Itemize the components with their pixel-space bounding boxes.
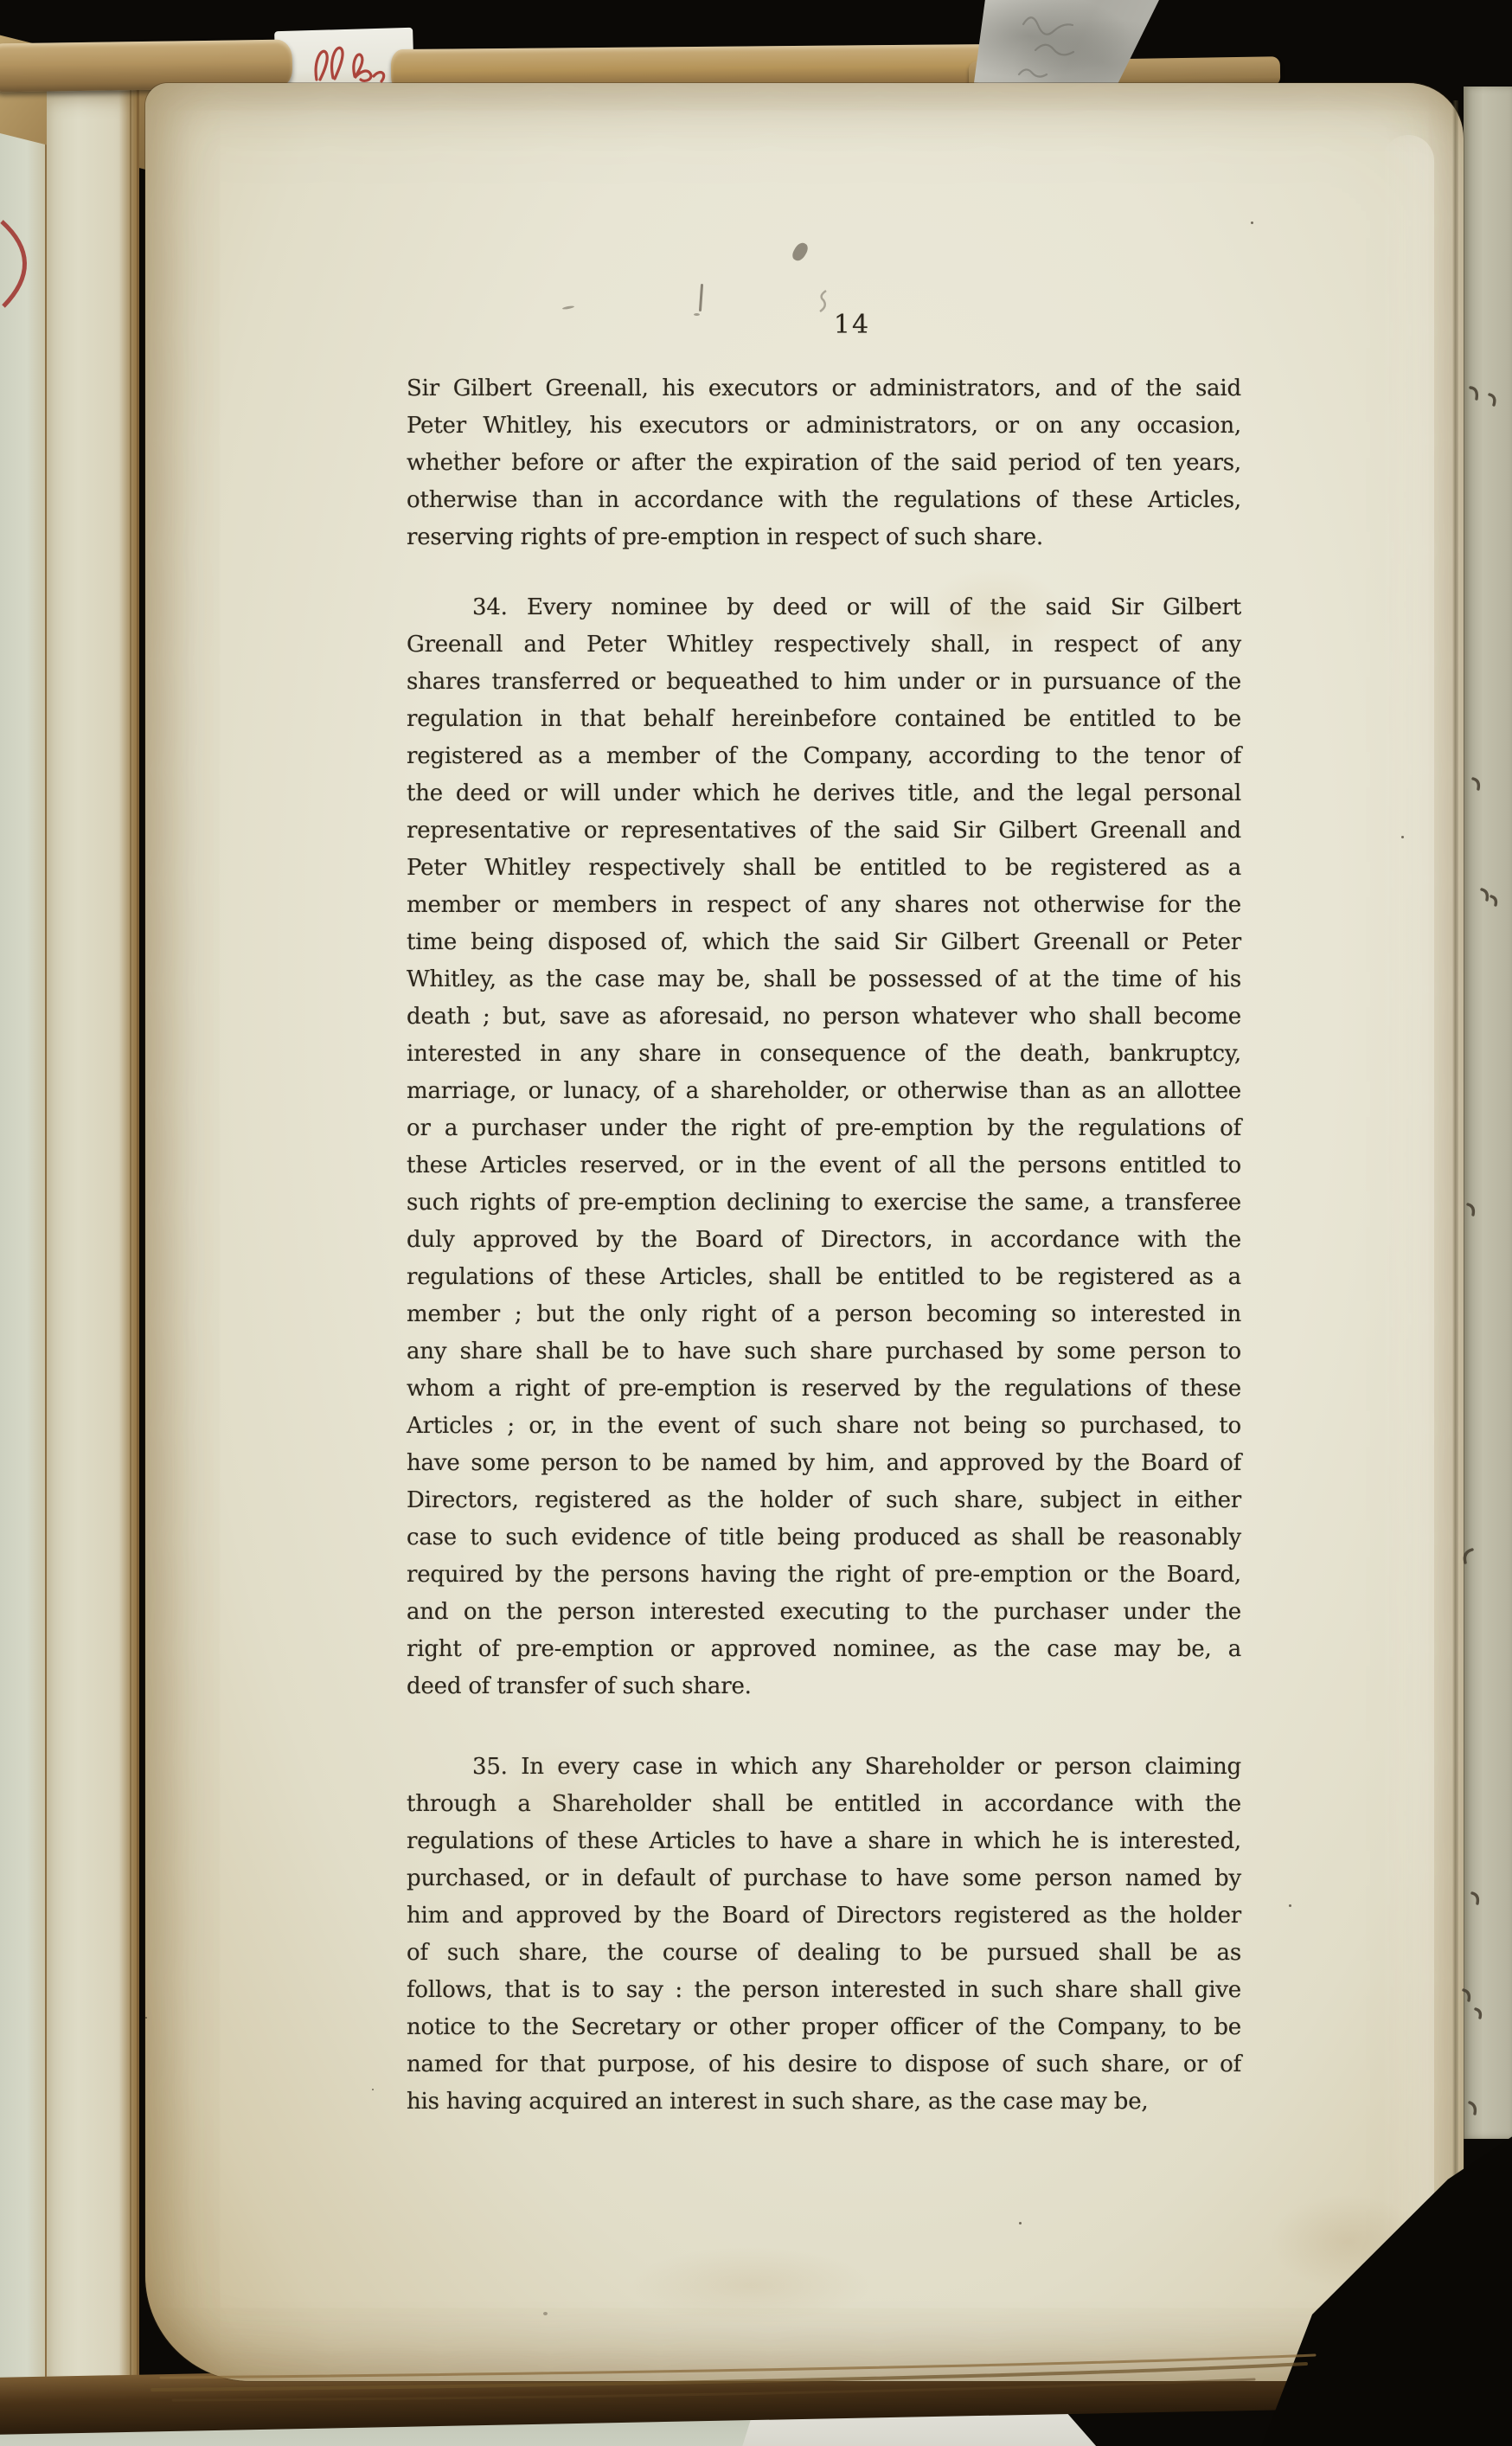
- paper-speck: [543, 2312, 548, 2315]
- page-curl-highlight: [1382, 135, 1434, 2281]
- paper-speck: [1019, 2222, 1022, 2225]
- text-line: Directors, registered as the holder of s…: [407, 1482, 1241, 1519]
- text-line: follows, that is to say : the person int…: [407, 1972, 1241, 2009]
- paper-speck: [372, 2089, 374, 2090]
- text-line: regulations of these Articles to have a …: [407, 1823, 1241, 1860]
- text-line: his having acquired an interest in such …: [407, 2083, 1241, 2121]
- text-line: duly approved by the Board of Directors,…: [407, 1222, 1241, 1259]
- left-under-sheet: [0, 97, 47, 2433]
- text-line: required by the persons having the right…: [407, 1557, 1241, 1594]
- text-line: Peter Whitley respectively shall be enti…: [407, 850, 1241, 887]
- text-line: purchased, or in default of purchase to …: [407, 1860, 1241, 1897]
- text-line: any share shall be to have such share pu…: [407, 1333, 1241, 1371]
- text-line: have some person to be named by him, and…: [407, 1445, 1241, 1482]
- text-line: notice to the Secretary or other proper …: [407, 2009, 1241, 2046]
- text-line: such rights of pre-emption declining to …: [407, 1184, 1241, 1222]
- text-line: representative or representatives of the…: [407, 812, 1241, 850]
- text-line: registered as a member of the Company, a…: [407, 738, 1241, 775]
- scanned-book-photo: { "document": { "page_number": "14", "pa…: [0, 0, 1512, 2446]
- paper-stain: [630, 2246, 872, 2324]
- text-line: him and approved by the Board of Directo…: [407, 1897, 1241, 1935]
- text-line: right of pre-emption or approved nominee…: [407, 1631, 1241, 1668]
- ink-tick: [699, 284, 703, 311]
- text-line: death ; but, save as aforesaid, no perso…: [407, 998, 1241, 1036]
- text-line: Articles ; or, in the event of such shar…: [407, 1408, 1241, 1445]
- text-line: 34. Every nominee by deed or will of the…: [407, 589, 1241, 626]
- text-line: 35. In every case in which any Sharehold…: [407, 1749, 1241, 1786]
- text-line: marriage, or lunacy, of a shareholder, o…: [407, 1073, 1241, 1110]
- text-line: regulations of these Articles, shall be …: [407, 1259, 1241, 1296]
- paper-speck: [1401, 836, 1404, 838]
- text-line: reserving rights of pre-emption in respe…: [407, 519, 1241, 556]
- text-line: these Articles reserved, or in the event…: [407, 1147, 1241, 1184]
- text-line: or a purchaser under the right of pre-em…: [407, 1110, 1241, 1147]
- book-page: 14 Sir Gilbert Greenall, his executors o…: [145, 83, 1464, 2381]
- text-line: and on the person interested executing t…: [407, 1594, 1241, 1631]
- text-line: Peter Whitley, his executors or administ…: [407, 408, 1241, 445]
- text-line: interested in any share in consequence o…: [407, 1036, 1241, 1073]
- text-line: Sir Gilbert Greenall, his executors or a…: [407, 370, 1241, 408]
- paper-speck: [455, 451, 457, 453]
- text-line: named for that purpose, of his desire to…: [407, 2046, 1241, 2083]
- text-line: the deed or will under which he derives …: [407, 775, 1241, 812]
- clause-33-continuation: Sir Gilbert Greenall, his executors or a…: [407, 370, 1241, 556]
- text-line: time being disposed of, which the said S…: [407, 924, 1241, 961]
- text-line: Whitley, as the case may be, shall be po…: [407, 961, 1241, 998]
- text-line: of such share, the course of dealing to …: [407, 1935, 1241, 1972]
- fore-edge-strip: [1464, 87, 1512, 2139]
- clause-35: 35. In every case in which any Sharehold…: [407, 1749, 1241, 2121]
- paper-speck: [682, 1606, 683, 1608]
- text-line: deed of transfer of such share.: [407, 1668, 1241, 1705]
- text-line: whom a right of pre-emption is reserved …: [407, 1371, 1241, 1408]
- left-page-edge-strip: [47, 90, 139, 2419]
- ink-dash: [562, 305, 574, 310]
- text-line: Greenall and Peter Whitley respectively …: [407, 626, 1241, 664]
- page-number: 14: [766, 310, 939, 340]
- ink-tick: [694, 313, 700, 316]
- text-line: otherwise than in accordance with the re…: [407, 482, 1241, 519]
- page-right-crease: [1452, 100, 1458, 2333]
- text-line: shares transferred or bequeathed to him …: [407, 664, 1241, 701]
- text-line: member or members in respect of any shar…: [407, 887, 1241, 924]
- text-line: whether before or after the expiration o…: [407, 445, 1241, 482]
- clause-34: 34. Every nominee by deed or will of the…: [407, 589, 1241, 1705]
- paper-speck: [1060, 1043, 1062, 1046]
- body-text: Sir Gilbert Greenall, his executors or a…: [407, 370, 1241, 2154]
- text-line: regulation in that behalf hereinbefore c…: [407, 701, 1241, 738]
- ink-smudge: [791, 241, 810, 263]
- paper-speck: [1289, 1904, 1291, 1907]
- paper-speck: [1251, 221, 1253, 224]
- text-line: through a Shareholder shall be entitled …: [407, 1786, 1241, 1823]
- text-line: member ; but the only right of a person …: [407, 1296, 1241, 1333]
- paper-speck: [145, 2017, 147, 2019]
- text-line: case to such evidence of title being pro…: [407, 1519, 1241, 1557]
